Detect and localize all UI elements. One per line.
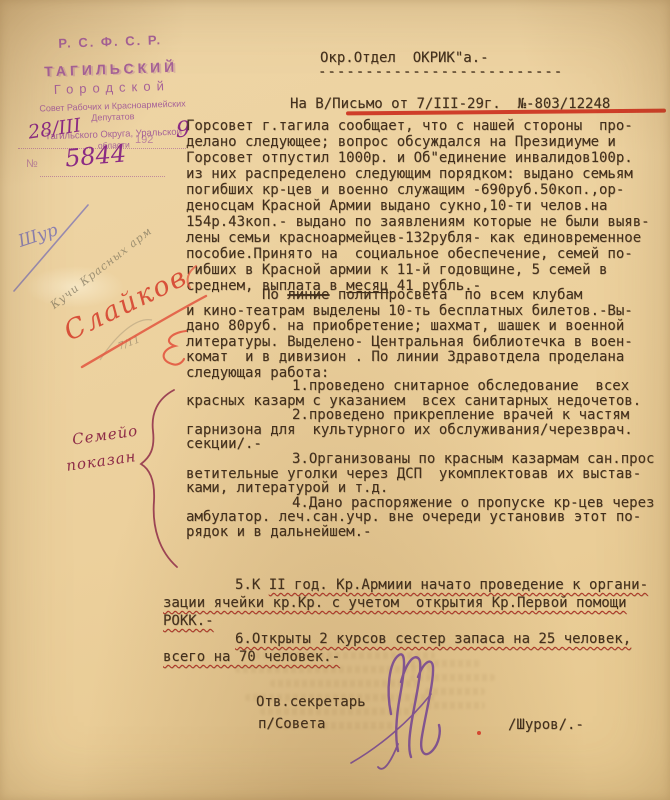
document-line: 2.проведено прикрепление врачей к частям <box>186 408 654 423</box>
red-pencil-mark <box>164 331 186 365</box>
stamp-country: Р. С. Ф. С. Р. <box>10 31 210 53</box>
document-line: 3.Организованы по красным казармам сан.п… <box>186 452 654 467</box>
handwritten-date: 28/III <box>27 114 83 143</box>
paragraph-health-items: 1.проведено снитарное обследование всехк… <box>186 379 654 540</box>
document-line: 154р.43коп.- выдано по заявлениям которы… <box>186 214 650 230</box>
red-pencil-note: Слайков <box>59 261 193 347</box>
document-line: Горсовет г.тагила сообщает, что с нашей … <box>186 118 650 134</box>
pencil-note: Кучи Красных арм <box>48 224 155 311</box>
document-line: 4.Дано распоряжение о пропуске кр-цев че… <box>186 496 654 511</box>
document-line: гибших в Красной армии к 11-й годовщине,… <box>186 262 650 278</box>
document-line: лены семьи красноармейцев-132рубля- как … <box>186 230 650 246</box>
margin-brace <box>141 390 177 567</box>
text-run: линие <box>287 287 329 303</box>
document-line: и кино-театрам выделены 10-ть бесплатных… <box>186 304 633 320</box>
document-line: 5.К II год. Кр.Армиии начато проведение … <box>163 576 648 594</box>
text-run: II год. Кр.Армиии начато проведение к ор… <box>269 577 648 593</box>
signatory-name: /Шуров/.- <box>508 717 584 733</box>
document-line: комат и в дивизион . По линии Здравотдел… <box>186 350 633 366</box>
text-run: политПросвета по всем клубам <box>329 287 582 303</box>
document-line: гарнизона для культурного их обслуживани… <box>186 423 654 438</box>
document-line: секции/.- <box>186 437 654 452</box>
margin-note-word2: показан <box>65 447 137 475</box>
bleed-line <box>260 708 420 715</box>
document-line: погибших кр-цев и военно служащим -690ру… <box>186 182 650 198</box>
bleed-line <box>410 674 495 681</box>
stamp-date-block: 28/III 192 9 № 5844 <box>10 118 210 198</box>
paragraph-politprosvet: По линие политПросвета по всем клубами к… <box>186 288 633 381</box>
document-line: ками, литературой и т.д. <box>186 481 654 496</box>
handwritten-number: 5844 <box>64 139 127 172</box>
document-line: деносцам Красной Армии выдано сукно,10-т… <box>186 198 650 214</box>
bleed-line <box>270 680 420 687</box>
blue-pencil-initials: Шур <box>16 220 60 251</box>
red-ink-dot <box>477 731 481 735</box>
blue-pencil-line <box>14 205 88 291</box>
document-line: ветительные уголки через ДСП укомплектов… <box>186 467 654 482</box>
bleed-through-text-right <box>410 660 510 716</box>
document-line: РОКК.- <box>163 612 648 630</box>
document-line: По линие политПросвета по всем клубам <box>186 288 633 304</box>
document-line: делано следующее; вопрос обсуждался на П… <box>186 134 650 150</box>
stamp-number-rule <box>40 176 165 177</box>
dashed-rule: -------------------------- <box>318 64 563 80</box>
document-line: красных казарм с указанием всех санитарн… <box>186 394 654 409</box>
bleed-line <box>255 652 435 659</box>
bleed-line <box>235 666 435 673</box>
document-line: зации ячейки кр.Кр. с учетом открытия Кр… <box>163 594 648 612</box>
document-line: из них распределено следующим порядком: … <box>186 166 650 182</box>
document-line: амбулатор. леч.сан.учр. вне очереди уста… <box>186 510 654 525</box>
document-line: литературы. Выделено- Центральная библио… <box>186 335 633 351</box>
document-line: дано 80руб. на приобретение; шахмат, шаш… <box>186 319 633 335</box>
document-line: пособие.Принято на социальное обеспечени… <box>186 246 650 262</box>
reference-prefix: На В/Письмо от <box>290 96 416 112</box>
bleed-line <box>275 722 395 729</box>
bleed-line <box>425 688 485 695</box>
document-line: Горсовет отпустил 1000р. и Об"единение и… <box>186 150 650 166</box>
document-page: Р. С. Ф. С. Р. ТАГИЛЬСКИЙ Городской Сове… <box>0 0 670 800</box>
paragraph-finances: Горсовет г.тагила сообщает, что с нашей … <box>186 118 650 294</box>
bleed-line <box>245 694 435 701</box>
bleed-line <box>410 660 480 667</box>
bleed-line <box>410 702 485 709</box>
number-sign: № <box>26 158 38 170</box>
margin-note-word1: Семейо <box>71 421 139 448</box>
document-line: 6.Открыты 2 курсов сестер запаса на 25 ч… <box>163 630 648 648</box>
stamp-org-type: Городской <box>12 77 212 99</box>
pencil-date-note: 7/11 <box>117 334 142 352</box>
pencil-scribble <box>100 320 152 360</box>
document-line: рядок и в дальнейшем.- <box>186 525 654 540</box>
printed-year: 192 <box>135 134 153 146</box>
text-run: 5.К <box>235 577 269 593</box>
text-run: По <box>262 287 287 303</box>
document-line: 1.проведено снитарное обследование всех <box>186 379 654 394</box>
